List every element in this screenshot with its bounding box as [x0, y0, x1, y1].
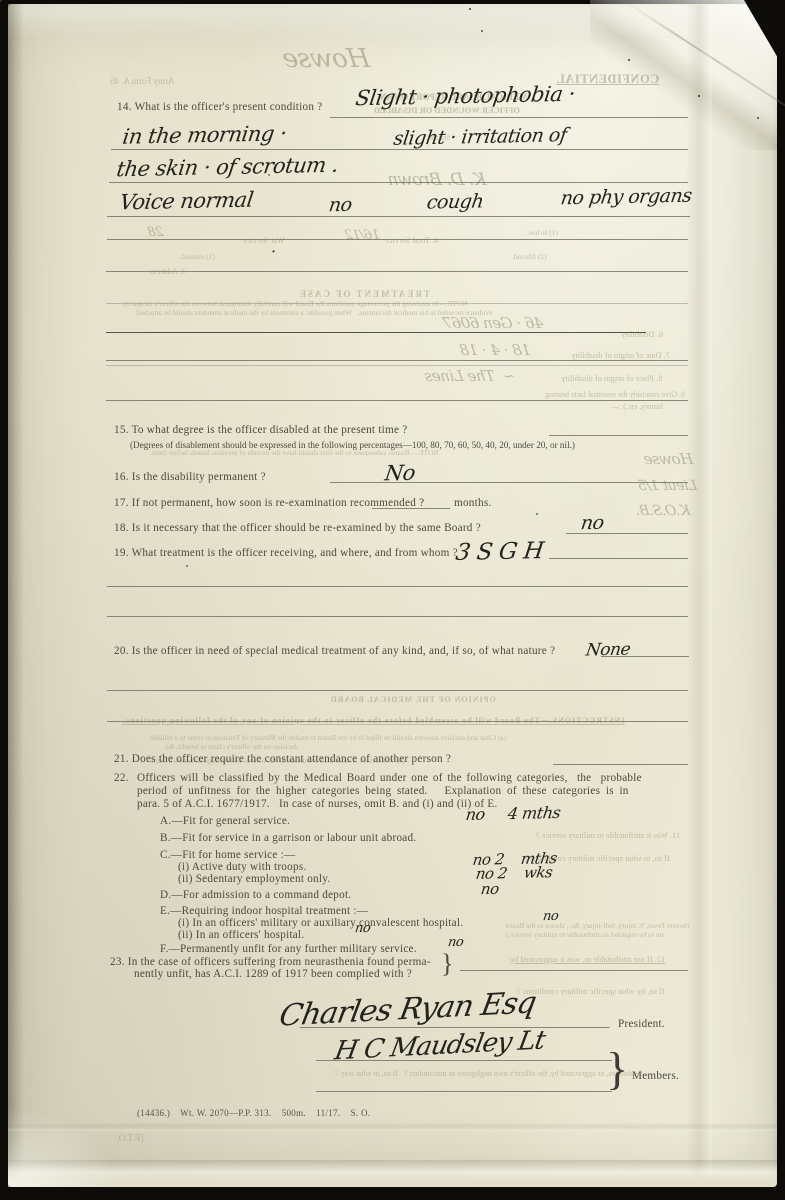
- category-c-i-label: (i) Active duty with troops.: [178, 861, 307, 873]
- printers-imprint: (14436.) Wt. W. 2070—P.P. 313. 500m. 11/…: [137, 1108, 370, 1118]
- answer-q14-line1: Slight · photophobia ·: [354, 82, 577, 111]
- ruled-line: [107, 239, 688, 240]
- category-e-ii-label: (ii) In an officers' hospital.: [178, 929, 304, 941]
- question-18: 18. Is it necessary that the officer sho…: [114, 522, 481, 534]
- bleed-place-scrawl: ~ The Lines: [424, 367, 517, 385]
- bleed-signature-scrawl: Howse: [281, 44, 372, 74]
- bleed-margin-scrawl-2: Lieut 1/5: [637, 478, 698, 494]
- answer-q14-line2b: slight · irritation of: [392, 124, 568, 150]
- bleed-margin-scrawl-3: K.O.S.B.: [635, 503, 692, 519]
- ruled-line: [330, 117, 688, 118]
- question-19: 19. What treatment is the officer receiv…: [114, 547, 458, 559]
- bleed-war-service-label: War Service: [243, 235, 285, 245]
- signature-line-member2: [316, 1091, 612, 1092]
- bleed-severe-line2: are to be regarded as attributable to mi…: [506, 930, 665, 939]
- question-17-months-suffix: months.: [454, 497, 492, 509]
- ruled-line: [107, 216, 690, 217]
- bleed-abroad-label: (2) Abroad.: [512, 252, 547, 261]
- bleed-date-scrawl: 18 · 4 · 18: [459, 341, 532, 359]
- category-f-label: F.—Permanently unfit for any further mil…: [160, 943, 417, 955]
- question-15-note: (Degrees of disablement should be expres…: [130, 440, 575, 450]
- ruled-line: [106, 360, 688, 361]
- bleed-disability-label: 6. Disability: [621, 329, 663, 339]
- answer-category-e-i: no: [542, 909, 559, 924]
- answer-line-q23: [460, 970, 688, 971]
- question-22-number: 22.: [114, 772, 129, 784]
- question-14: 14. What is the officer's present condit…: [117, 101, 322, 113]
- category-b-label: B.—Fit for service in a garrison or labo…: [160, 832, 416, 844]
- ruled-line: [107, 721, 688, 722]
- question-20: 20. Is the officer in need of special me…: [114, 645, 555, 657]
- answer-q14-line2a: in the morning ·: [121, 121, 288, 148]
- ruled-line: [106, 332, 646, 333]
- answer-q16: No: [383, 461, 416, 486]
- ruled-line: [109, 182, 688, 183]
- question-23-line2: nently unfit, has A.C.I. 1289 of 1917 be…: [134, 968, 412, 980]
- ruled-line: [107, 690, 688, 691]
- president-label: President.: [618, 1018, 665, 1030]
- question-22-intro-line1: Officers will be classified by the Medic…: [137, 772, 642, 784]
- bleed-history-etc: history, etc.) :—: [611, 402, 663, 411]
- ruled-line: [106, 400, 688, 401]
- answer-q14-line4c: cough: [425, 190, 484, 213]
- bleed-pto-label: [P.T.O.: [116, 1133, 144, 1144]
- answer-category-d: no: [480, 880, 500, 898]
- category-a-label: A.—Fit for general service.: [160, 815, 290, 827]
- answer-category-a: no 4 mths: [465, 803, 562, 824]
- category-e-i-label: (i) In an officers' military or auxiliar…: [178, 917, 463, 929]
- answer-q19: 3 S G H: [454, 538, 545, 566]
- bleed-name-scrawl: K. D. Brown: [387, 170, 488, 190]
- answer-line-q15: [549, 435, 688, 436]
- bleed-disability-scrawl: 46 · Gen 6067: [442, 314, 545, 332]
- ruled-line: [106, 303, 688, 304]
- category-c-label: C.—Fit for home service :—: [160, 849, 295, 861]
- question-21: 21. Does the officer require the constan…: [114, 753, 451, 765]
- bleed-in-hos-label: (1) In hos.: [527, 228, 558, 237]
- bleed-treatment-heading: TREATMENT OF CASE: [298, 289, 430, 299]
- bleed-q11-label: 11. Was it attributable to military serv…: [536, 830, 680, 840]
- question-23-line1: 23. In the case of officers suffering fr…: [110, 956, 431, 968]
- members-label: Members.: [632, 1070, 679, 1082]
- answer-q18: no: [579, 512, 605, 534]
- bleed-clause-a1: (a) Clear and decisive answers should be…: [150, 733, 506, 742]
- answer-category-f: no: [447, 935, 464, 950]
- bleed-q12-label: 12. If not attributable to, was it aggra…: [510, 954, 665, 964]
- scanned-document-photo: Army Form A. 45 Howse CONFIDENTIAL MEDIC…: [0, 0, 785, 1200]
- category-e-label: E.—Requiring indoor hospital treatment :…: [160, 905, 368, 917]
- answer-line-q19: [549, 558, 688, 559]
- bleed-opinion-heading: OPINION OF THE MEDICAL BOARD: [330, 695, 496, 704]
- bleed-misconduct-line: disabilities, or aggravated by, the offi…: [335, 1069, 643, 1078]
- question-16: 16. Is the disability permanent ?: [114, 471, 266, 483]
- bleed-army-form-label: Army Form A. 45: [110, 76, 175, 86]
- ruled-line: [106, 271, 688, 272]
- bleed-place-origin-label: 8. Place of origin of disability: [561, 373, 663, 383]
- paper-specks: [0, 0, 2, 2]
- question-22-intro-line2: period of unfitness for the higher categ…: [137, 785, 629, 797]
- members-brace: }: [606, 1042, 628, 1095]
- answer-q20: None: [585, 640, 632, 661]
- bleed-elapsed-label: (1) elapsed.: [180, 252, 215, 261]
- answer-line-q21: [553, 764, 688, 765]
- question-15: 15. To what degree is the officer disabl…: [114, 424, 407, 436]
- bleed-date-origin-label: 7. Date of origin of disability: [571, 350, 670, 360]
- answer-category-e-ii: no: [354, 921, 371, 936]
- bleed-q12b-label: If so, by what specific military conditi…: [517, 986, 665, 996]
- category-d-label: D.—For admission to a command depot.: [160, 889, 351, 901]
- question-17: 17. If not permanent, how soon is re-exa…: [114, 497, 424, 509]
- ruled-line: [107, 616, 688, 617]
- bleed-age-scrawl: 28: [147, 225, 165, 240]
- category-c-ii-label: (ii) Sedentary employment only.: [178, 873, 330, 885]
- answer-q14-line3: the skin · of scrotum .: [115, 153, 340, 182]
- answer-q14-line4d: no phy organs: [559, 185, 693, 210]
- question-23-brace: }: [441, 949, 453, 979]
- bleed-clause-a2: decision on the officer's claim to benef…: [163, 742, 298, 751]
- bleed-give-concisely: 9. Give concisely the essential facts be…: [545, 390, 685, 399]
- bleed-total-service-label: 4. Total Service: [385, 235, 438, 245]
- bleed-severe-line1: (Severe Fever, V. injury, Self-injury, &…: [506, 921, 690, 930]
- bleed-service-scrawl: 16/12: [344, 228, 381, 243]
- question-22-intro-line3: para. 5 of A.C.I. 1677/1917. In case of …: [137, 798, 498, 810]
- bleed-margin-scrawl-1: Howse: [643, 450, 695, 468]
- ruled-line: [106, 365, 688, 366]
- answer-q14-line4b: no: [327, 194, 353, 216]
- answer-q14-line4a: Voice normal: [118, 188, 255, 215]
- bleed-note-line2: evidence recorded in his medical documen…: [135, 308, 492, 317]
- ruled-line: [107, 586, 688, 587]
